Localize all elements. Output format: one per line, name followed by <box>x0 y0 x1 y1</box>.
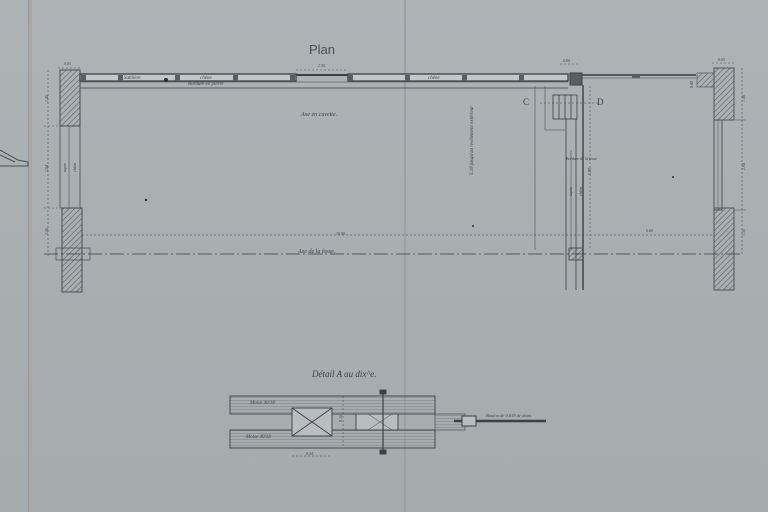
label-axe-cuvette: Axe en cuvette. <box>301 112 337 118</box>
dim-top-far-right: 0.65 <box>718 57 725 62</box>
label-sapin-right: sapin <box>568 187 573 196</box>
right-wall <box>697 63 746 290</box>
dim-detail-bottom: 0.24 <box>306 451 313 456</box>
label-vertical-note: 5.18 jusqu'au revêtement extérieur <box>470 106 475 175</box>
dim-top-right-post: 0.80 <box>563 58 570 63</box>
label-chene-top-right: chêne <box>428 76 440 81</box>
label-chene-right: chêne <box>578 187 583 196</box>
label-axe-fosse: Axe de la fosse. <box>298 249 335 255</box>
label-boulon: Boulon de 0.018 de diam. <box>486 413 532 418</box>
dim-detail-mid: 0.16 <box>338 415 343 422</box>
detail-a-drawing <box>230 390 546 456</box>
drawing-sheet: Plan Sablière chêne chêne Bordure en pie… <box>0 0 768 512</box>
dim-right-middle: 2.94 <box>741 163 746 170</box>
detail-title: Détail A au dix^e. <box>312 369 376 379</box>
top-wall-right <box>560 64 696 85</box>
dim-span-right: 6.00 <box>646 228 653 233</box>
label-sabliere: Sablière <box>124 76 140 81</box>
top-wall <box>80 70 568 88</box>
dim-top-left: 0.65 <box>64 61 71 66</box>
label-sapin-left: sapin <box>62 163 67 172</box>
dim-left-upper: 1.46 <box>44 95 49 102</box>
dim-right-post-offset: 0.40 <box>689 81 694 88</box>
dim-right-lower: 1.36 <box>741 229 746 236</box>
label-moise-bottom: Moise 40/18 <box>246 435 271 440</box>
label-point-c: C <box>523 97 529 107</box>
label-bordure-right: Bordure de la fosse <box>566 156 597 161</box>
dim-right-height: 5.00 <box>587 168 592 175</box>
dim-top-center: 2.50 <box>318 63 325 68</box>
label-bordure: Bordure en pierre <box>188 82 224 87</box>
dim-span-main: 16.00 <box>336 231 345 236</box>
label-point-d: D <box>597 97 604 107</box>
dim-left-lower: 1.36 <box>44 228 49 235</box>
label-moise-top: Moise 40/18 <box>250 401 275 406</box>
dim-right-upper: 1.46 <box>741 95 746 102</box>
plan-drawing <box>0 0 768 512</box>
label-chene-left: chêne <box>72 163 77 172</box>
left-fragment <box>0 150 28 166</box>
plan-title: Plan <box>309 42 335 57</box>
axis-lines <box>44 235 742 254</box>
left-wall <box>56 70 90 292</box>
label-chene-top-left: chêne <box>200 76 212 81</box>
dim-left-middle: 2.94 <box>44 165 49 172</box>
